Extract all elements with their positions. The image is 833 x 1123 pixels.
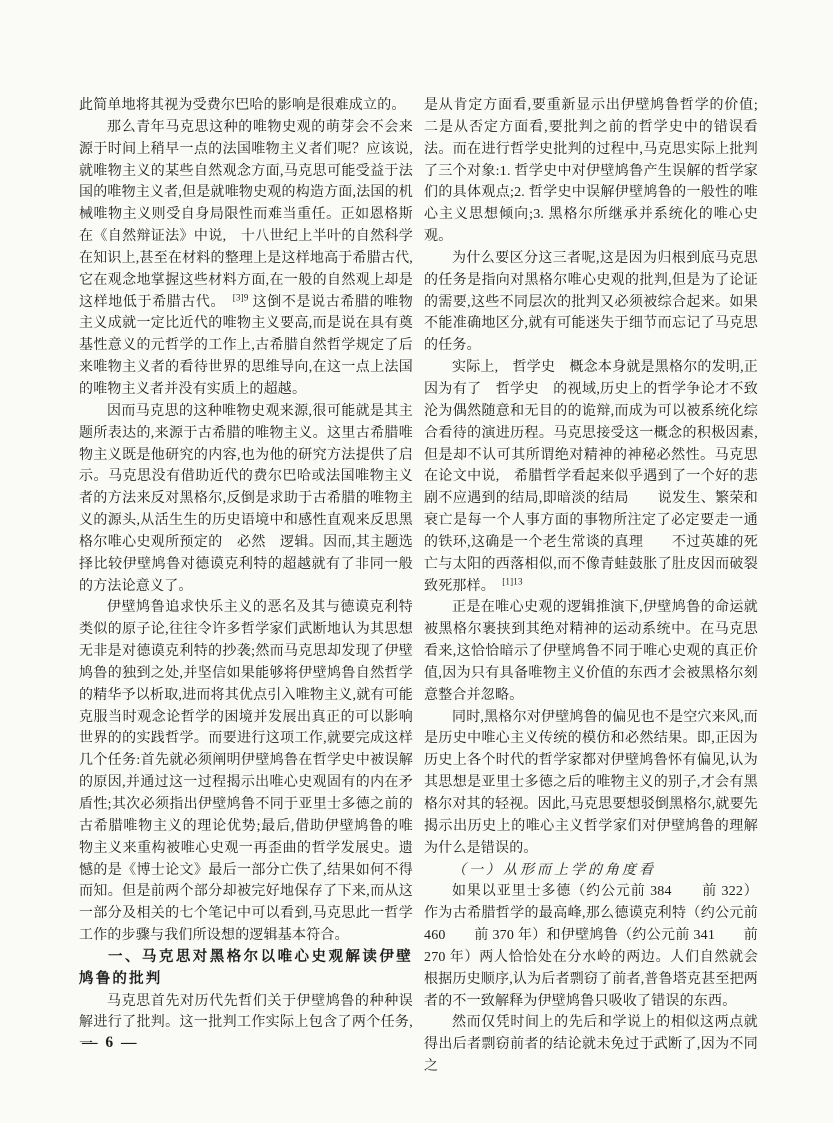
text-run: 此简单地将其视为受费尔巴哈的影响是很难成立的。 (79, 98, 406, 113)
text-run: 如果以亚里士多德（约公元前 384 前 322）作为古希腊哲学的最高峰,那么德谟… (424, 884, 758, 1008)
text-run: 为什么要区分这三者呢,这是因为归根到底马克思的任务是指向对黑格尔唯心史观的批判,… (424, 251, 758, 353)
text-run: （一）从形而上学的角度看 (452, 863, 656, 878)
text-run: 同时,黑格尔对伊壁鸠鲁的偏见也不是空穴来风,而是历史中唯心主义传统的模仿和必然结… (424, 710, 758, 856)
footnote-reference: [1]13 (502, 576, 523, 586)
paragraph: 此简单地将其视为受费尔巴哈的影响是很难成立的。 (79, 95, 413, 117)
text-run: 伊壁鸠鲁追求快乐主义的恶名及其与德谟克利特类似的原子论,往往令许多哲学家们武断地… (79, 600, 413, 943)
text-run: 一、马克思对黑格尔以唯心史观解读伊壁鸠鲁的批判 (79, 949, 413, 987)
text-run: 那么青年马克思这种的唯物史观的萌芽会不会来源于时间上稍早一点的法国唯物主义者们呢… (79, 120, 413, 310)
paragraph: 同时,黑格尔对伊壁鸠鲁的偏见也不是空穴来风,而是历史中唯心主义传统的模仿和必然结… (424, 707, 758, 860)
paragraph: 然而仅凭时间上的先后和学说上的相似这两点就得出后者剽窃前者的结论就未免过于武断了… (424, 1012, 758, 1078)
subsection-heading: （一）从形而上学的角度看 (424, 860, 758, 882)
paragraph: 正是在唯心史观的逻辑推演下,伊壁鸠鲁的命运就被黑格尔裹挟到其绝对精神的运动系统中… (424, 597, 758, 706)
text-run: 实际上, 哲学史 概念本身就是黑格尔的发明,正因为有了 哲学史 的视域,历史上的… (424, 360, 758, 593)
footnote-reference: [3]9 (233, 292, 249, 302)
paragraph: 是从肯定方面看,要重新显示出伊壁鸠鲁哲学的价值;二是从否定方面看,要批判之前的哲… (424, 95, 758, 248)
paragraph: 伊壁鸠鲁追求快乐主义的恶名及其与德谟克利特类似的原子论,往往令许多哲学家们武断地… (79, 597, 413, 947)
paragraph: 为什么要区分这三者呢,这是因为归根到底马克思的任务是指向对黑格尔唯心史观的批判,… (424, 248, 758, 357)
journal-page: 此简单地将其视为受费尔巴哈的影响是很难成立的。那么青年马克思这种的唯物史观的萌芽… (0, 0, 833, 1123)
left-column: 此简单地将其视为受费尔巴哈的影响是很难成立的。那么青年马克思这种的唯物史观的萌芽… (79, 95, 413, 1078)
two-column-text: 此简单地将其视为受费尔巴哈的影响是很难成立的。那么青年马克思这种的唯物史观的萌芽… (79, 95, 759, 1078)
text-run: 正是在唯心史观的逻辑推演下,伊壁鸠鲁的命运就被黑格尔裹挟到其绝对精神的运动系统中… (424, 600, 758, 702)
paragraph: 因而马克思的这种唯物史观来源,很可能就是其主题所表达的,来源于古希腊的唯物主义。… (79, 401, 413, 598)
paragraph: 那么青年马克思这种的唯物史观的萌芽会不会来源于时间上稍早一点的法国唯物主义者们呢… (79, 117, 413, 401)
text-run: 是从肯定方面看,要重新显示出伊壁鸠鲁哲学的价值;二是从否定方面看,要批判之前的哲… (424, 98, 758, 244)
text-run: 然而仅凭时间上的先后和学说上的相似这两点就得出后者剽窃前者的结论就未免过于武断了… (424, 1015, 758, 1074)
section-heading: 一、马克思对黑格尔以唯心史观解读伊壁鸠鲁的批判 (79, 947, 413, 991)
paragraph: 实际上, 哲学史 概念本身就是黑格尔的发明,正因为有了 哲学史 的视域,历史上的… (424, 357, 758, 597)
page-number: — 6 — (82, 1034, 139, 1052)
text-run: 因而马克思的这种唯物史观来源,很可能就是其主题所表达的,来源于古希腊的唯物主义。… (79, 404, 413, 594)
paragraph: 如果以亚里士多德（约公元前 384 前 322）作为古希腊哲学的最高峰,那么德谟… (424, 881, 758, 1012)
right-column: 是从肯定方面看,要重新显示出伊壁鸠鲁哲学的价值;二是从否定方面看,要批判之前的哲… (424, 95, 758, 1078)
